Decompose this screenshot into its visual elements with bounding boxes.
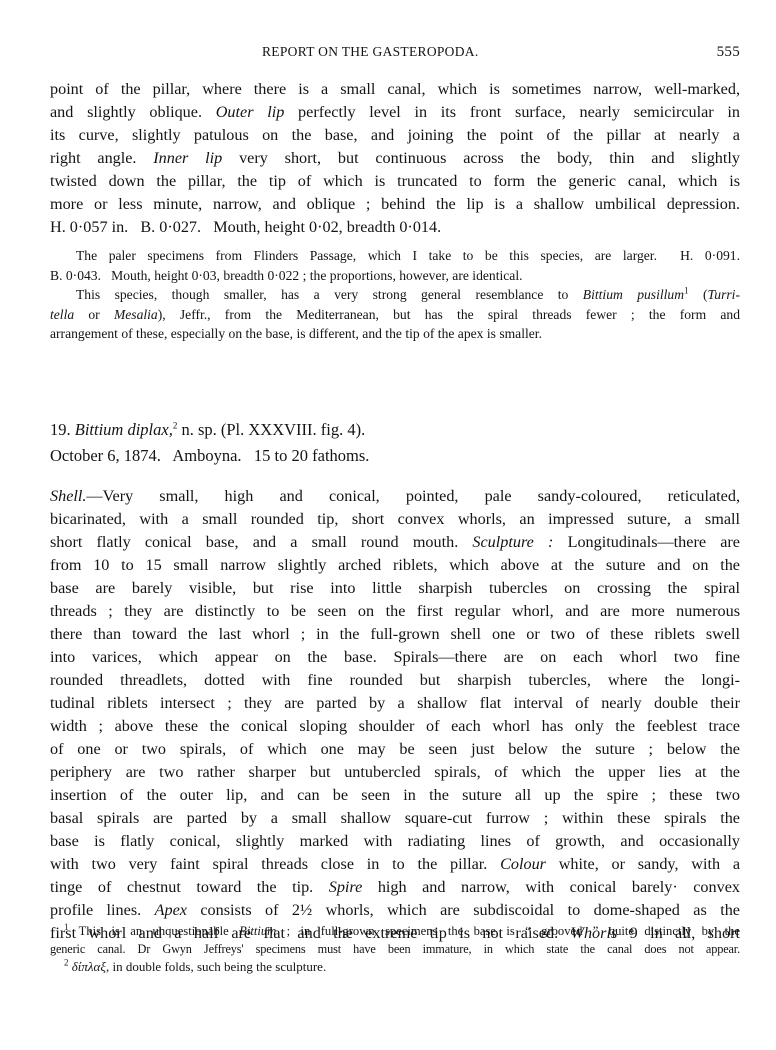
term-outer-lip: Outer lip — [216, 103, 285, 121]
term-spire: Spire — [329, 878, 363, 896]
footnote-1-cont: generic canal. Dr Gwyn Jeffreys' specime… — [50, 940, 740, 958]
footnote-2: 2 δίπλαξ, in double folds, such being th… — [50, 958, 740, 976]
species-heading: 19. Bittium diplax,2 n. sp. (Pl. XXXVIII… — [50, 420, 365, 440]
term-shell: Shell. — [50, 487, 86, 505]
note-line: B. 0·043. Mouth, height 0·03, breadth 0·… — [50, 266, 740, 286]
text-line: its curve, slightly patulous on the base… — [50, 124, 740, 147]
text-line: there than toward the last whorl ; in th… — [50, 623, 740, 646]
note-line: arrangement of these, especially on the … — [50, 324, 740, 344]
footnote-1: 1 This is an unquestionable Bittium ; in… — [50, 922, 740, 940]
text-line: width ; above these the conical sloping … — [50, 715, 740, 738]
note-line: tella or Mesalia), Jeffr., from the Medi… — [50, 305, 740, 325]
text-line: right angle. Inner lip very short, but c… — [50, 147, 740, 170]
text-line: threads ; they are distinctly to be seen… — [50, 600, 740, 623]
note-line: This species, though smaller, has a very… — [50, 285, 740, 305]
text-line: base are barely visible, but rise into l… — [50, 577, 740, 600]
species-plate-ref: n. sp. (Pl. XXXVIII. fig. 4). — [177, 420, 365, 439]
text-line: tudinal riblets intersect ; they are par… — [50, 692, 740, 715]
text-line: Shell.—Very small, high and conical, poi… — [50, 485, 740, 508]
running-head-title: REPORT ON THE GASTEROPODA. — [262, 44, 479, 60]
text-line: base is flatly conical, slightly marked … — [50, 830, 740, 853]
note-line: The paler specimens from Flinders Passag… — [50, 246, 740, 266]
species-name: Bittium diplax, — [75, 420, 173, 439]
measurements-line: H. 0·057 in. B. 0·027. Mouth, height 0·0… — [50, 216, 740, 239]
text-line: tinge of chestnut toward the tip. Spire … — [50, 876, 740, 899]
continued-description-paragraph: point of the pillar, where there is a sm… — [50, 78, 740, 239]
text-line: bicarinated, with a small rounded tip, s… — [50, 508, 740, 531]
text-line: twisted down the pillar, the tip of whic… — [50, 170, 740, 193]
text-line: from 10 to 15 small narrow slightly arch… — [50, 554, 740, 577]
text-line: more or less minute, narrow, and oblique… — [50, 193, 740, 216]
station-line: October 6, 1874. Amboyna. 15 to 20 fatho… — [50, 446, 369, 466]
running-head: REPORT ON THE GASTEROPODA. 555 — [50, 44, 740, 64]
term-inner-lip: Inner lip — [153, 149, 222, 167]
text-line: and slightly oblique. Outer lip perfectl… — [50, 101, 740, 124]
footnotes: 1 This is an unquestionable Bittium ; in… — [50, 922, 740, 976]
term-sculpture: Sculpture : — [472, 533, 553, 551]
species-number: 19. — [50, 420, 71, 439]
taxon-bittium-pusillum: Bittium pusillum — [583, 287, 684, 302]
text-line: profile lines. Apex consists of 2½ whorl… — [50, 899, 740, 922]
term-apex: Apex — [155, 901, 187, 919]
text-line: with two very faint spiral threads close… — [50, 853, 740, 876]
text-line: basal spirals are parted by a small shal… — [50, 807, 740, 830]
greek-term: δίπλαξ — [69, 959, 106, 974]
text-line: into varices, which appear on the base. … — [50, 646, 740, 669]
page-number: 555 — [717, 44, 740, 61]
term-colour: Colour — [500, 855, 546, 873]
text-line: insertion of the outer lip, and can be s… — [50, 784, 740, 807]
text-line: periphery are two rather sharper but unt… — [50, 761, 740, 784]
note-paragraphs: The paler specimens from Flinders Passag… — [50, 246, 740, 344]
text-line: point of the pillar, where there is a sm… — [50, 78, 740, 101]
text-line: rounded threadlets, dotted with fine rou… — [50, 669, 740, 692]
text-line: short flatly conical base, and a small r… — [50, 531, 740, 554]
shell-description: Shell.—Very small, high and conical, poi… — [50, 485, 740, 945]
text-line: of one or two spirals, of which one may … — [50, 738, 740, 761]
